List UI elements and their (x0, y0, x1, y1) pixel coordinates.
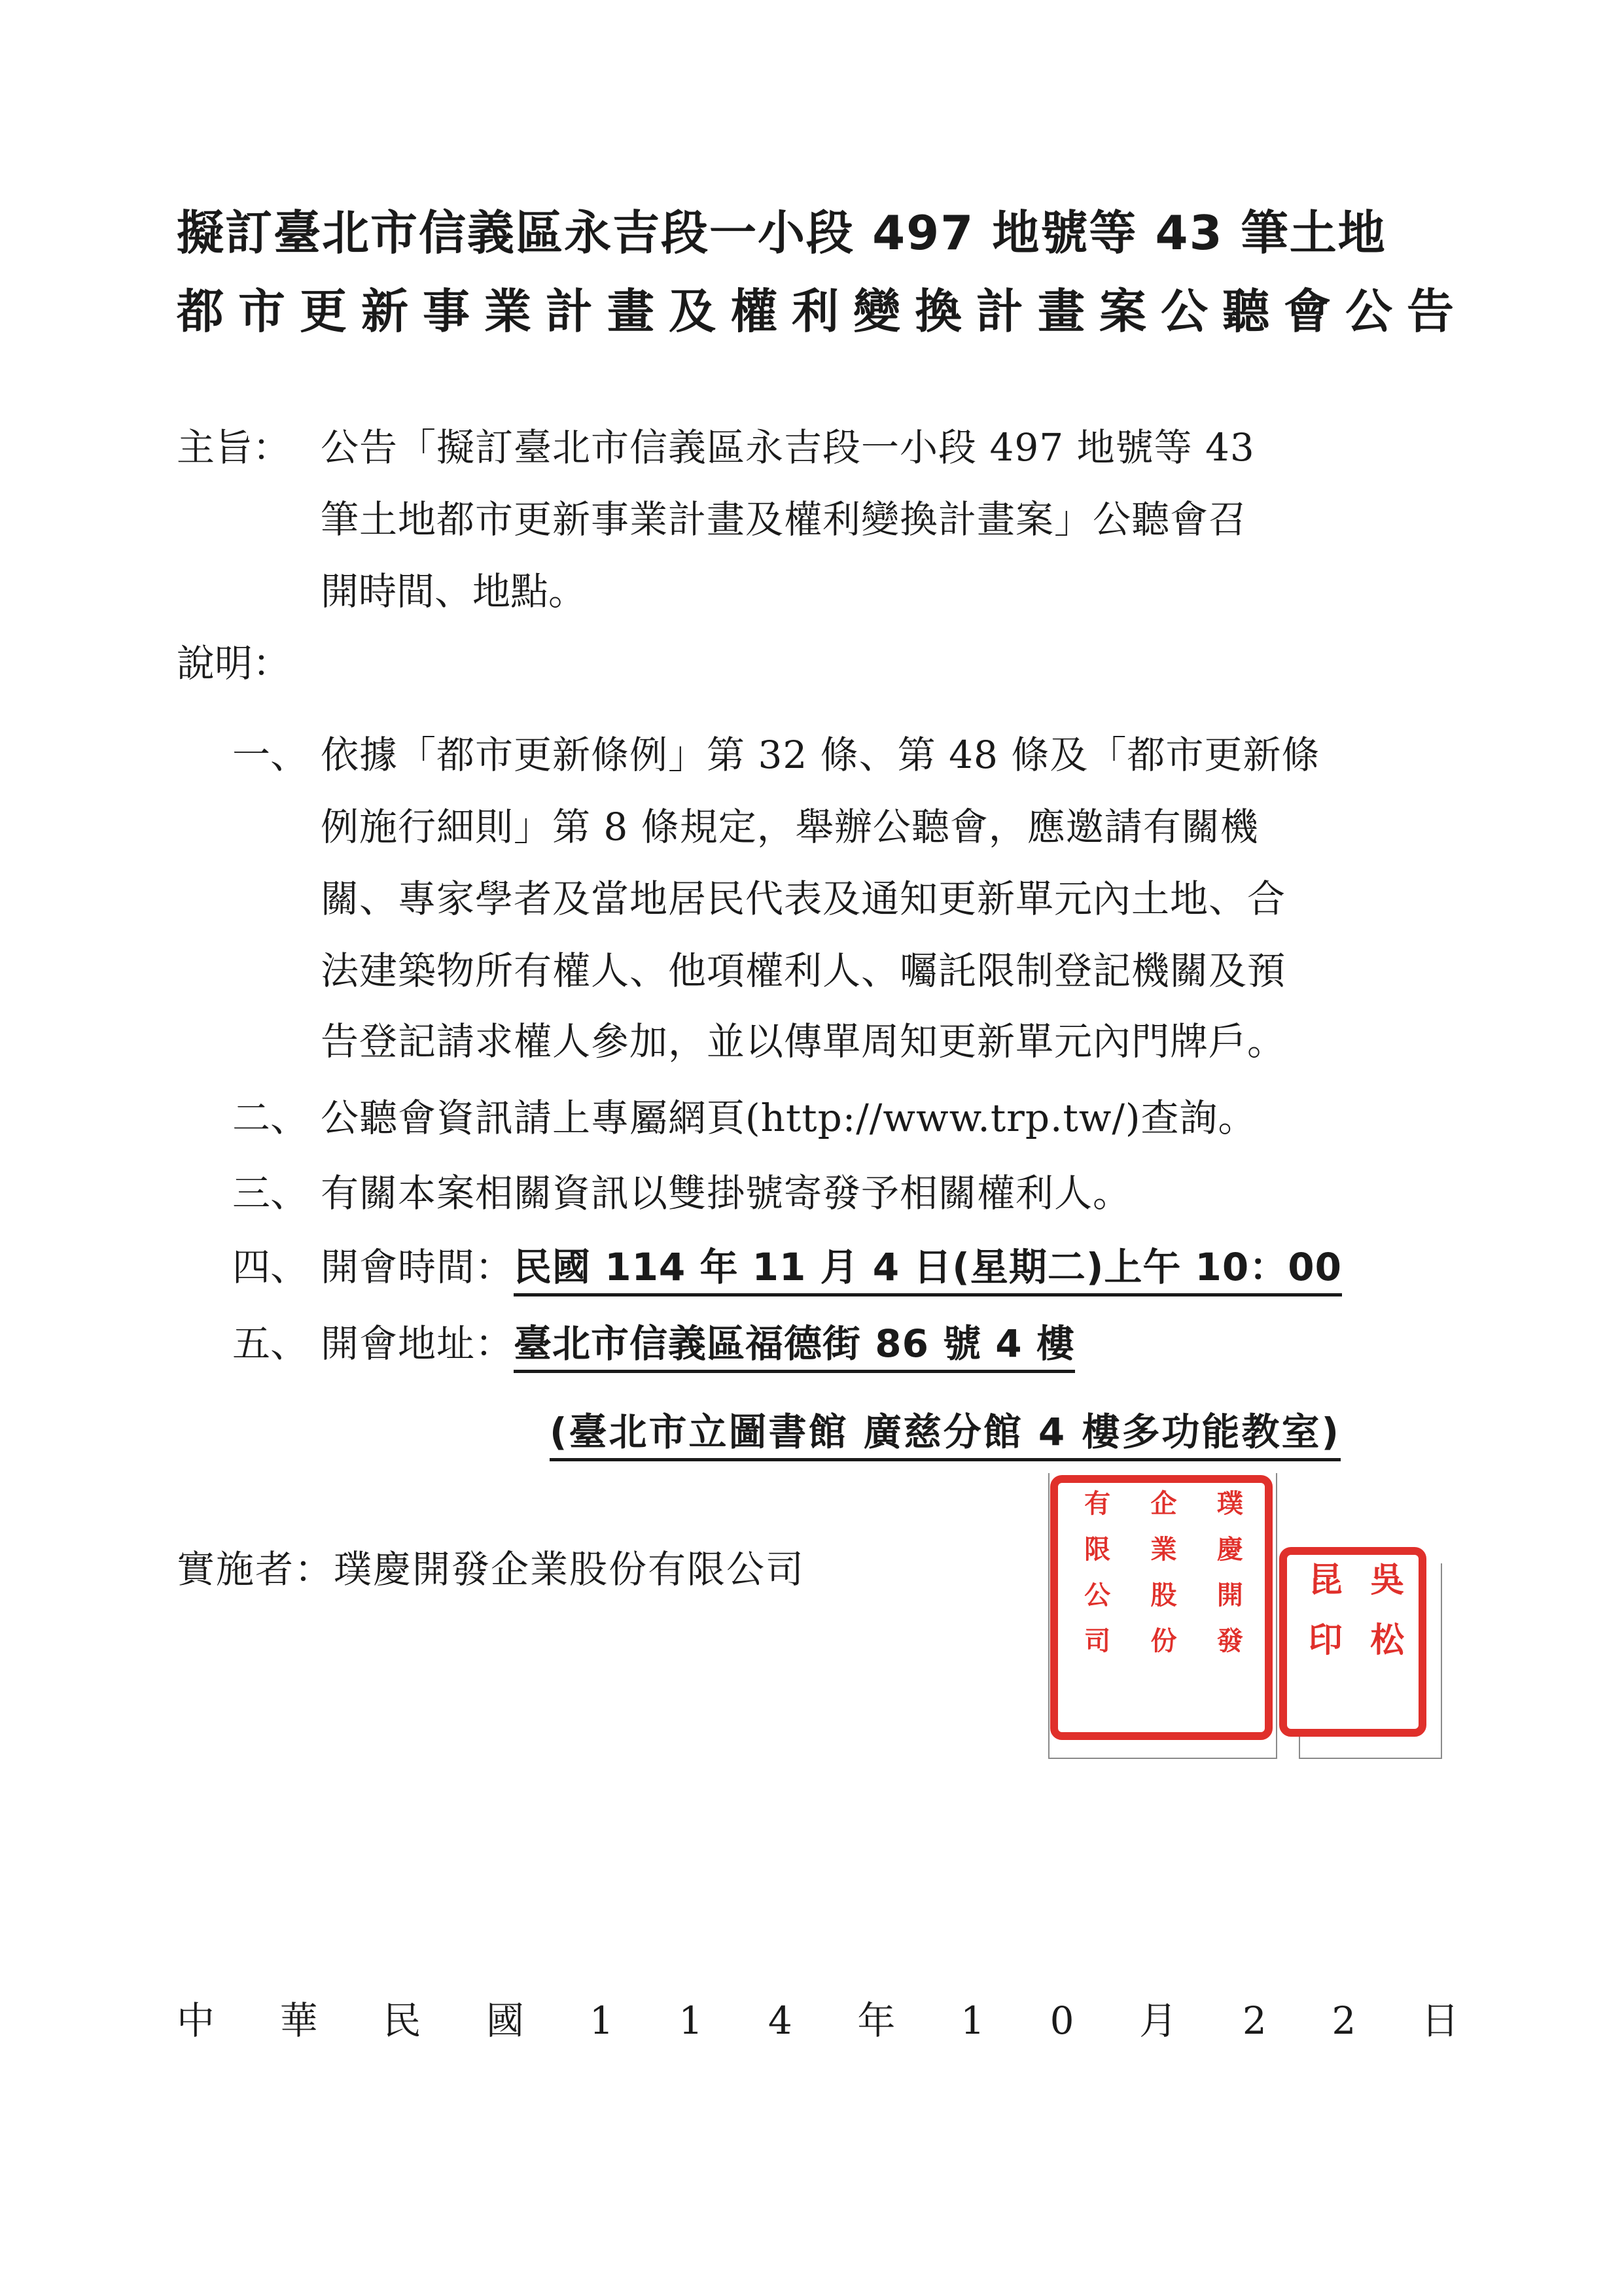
seal-column: 璞慶開發 (1214, 1489, 1241, 1726)
date-char: 年 (857, 2002, 895, 2040)
date-char: 1 (961, 2002, 985, 2040)
item-2-number: 二、 (232, 1099, 308, 1137)
date-char: 1 (679, 2002, 703, 2040)
date-char: 1 (590, 2002, 614, 2040)
item-1-line-5: 告登記請求權人參加，並以傳單周知更新單元內門牌戶。 (321, 1022, 1286, 1060)
meeting-address-label: 開會地址： (321, 1321, 514, 1366)
date-char: 中 (177, 2002, 215, 2040)
seal-text: 璞慶開發 (1214, 1489, 1241, 1673)
meeting-venue-value: (臺北市立圖書館 廣慈分館 4 樓多功能教室) (550, 1410, 1341, 1461)
date-char: 日 (1421, 2002, 1459, 2040)
representative-seal-stamp: 吳松 昆印 (1279, 1547, 1426, 1737)
meeting-address-row: 開會地址：臺北市信義區福德街 86 號 4 樓 (321, 1325, 1075, 1363)
date-char: 月 (1139, 2002, 1177, 2040)
seal-text: 昆印 (1305, 1561, 1339, 1682)
item-3-number: 三、 (232, 1174, 308, 1212)
subject-text-line-1: 公告「擬訂臺北市信義區永吉段一小段 497 地號等 43 (321, 428, 1255, 466)
item-4-number: 四、 (232, 1248, 308, 1286)
subject-label: 主旨： (177, 428, 291, 466)
item-1-line-3: 關、專家學者及當地居民代表及通知更新單元內土地、合 (321, 880, 1286, 918)
item-1-line-4: 法建築物所有權人、他項權利人、囑託限制登記機關及預 (321, 952, 1286, 990)
date-char: 民 (383, 2002, 421, 2040)
seal-column: 有限公司 (1082, 1489, 1108, 1726)
date-char: 2 (1332, 2002, 1356, 2040)
seal-text: 有限公司 (1082, 1489, 1108, 1673)
seal-column: 吳松 (1367, 1561, 1401, 1722)
seal-text: 企業股份 (1148, 1489, 1174, 1673)
date-char: 2 (1243, 2002, 1267, 2040)
document-title-line-1: 擬訂臺北市信義區永吉段一小段 497 地號等 43 筆土地 (177, 209, 1446, 256)
item-5-number: 五、 (232, 1325, 308, 1363)
item-1-number: 一、 (232, 736, 308, 774)
meeting-time-label: 開會時間： (321, 1245, 514, 1289)
subject-text-line-3: 開時間、地點。 (321, 572, 586, 610)
meeting-address-value: 臺北市信義區福德街 86 號 4 樓 (514, 1321, 1075, 1373)
date-char: 4 (768, 2002, 792, 2040)
company-seal-stamp: 璞慶開發 企業股份 有限公司 (1050, 1475, 1273, 1740)
meeting-time-row: 開會時間：民國 114 年 11 月 4 日(星期二)上午 10：00 (321, 1248, 1342, 1286)
meeting-time-value: 民國 114 年 11 月 4 日(星期二)上午 10：00 (514, 1245, 1342, 1296)
item-2-text: 公聽會資訊請上專屬網頁(http://www.trp.tw/)查詢。 (321, 1099, 1257, 1137)
subject-text-line-2: 筆土地都市更新事業計畫及權利變換計畫案」公聽會召 (321, 500, 1247, 538)
announcement-date: 中 華 民 國 1 1 4 年 1 0 月 2 2 日 (177, 2002, 1459, 2040)
date-char: 0 (1050, 2002, 1074, 2040)
explanation-label: 說明： (177, 644, 291, 682)
date-char: 華 (280, 2002, 318, 2040)
item-1-line-2: 例施行細則」第 8 條規定，舉辦公聽會，應邀請有關機 (321, 808, 1259, 846)
date-char: 國 (486, 2002, 524, 2040)
meeting-venue-row: (臺北市立圖書館 廣慈分館 4 樓多功能教室) (550, 1413, 1341, 1451)
implementer-text: 實施者：璞慶開發企業股份有限公司 (177, 1550, 805, 1588)
announcement-page: 擬訂臺北市信義區永吉段一小段 497 地號等 43 筆土地 都市更新事業計畫及權… (0, 0, 1624, 2296)
item-3-text: 有關本案相關資訊以雙掛號寄發予相關權利人。 (321, 1174, 1131, 1212)
item-1-line-1: 依據「都市更新條例」第 32 條、第 48 條及「都市更新條 (321, 736, 1320, 774)
seal-text: 吳松 (1367, 1561, 1401, 1682)
seal-column: 昆印 (1305, 1561, 1339, 1722)
seal-column: 企業股份 (1148, 1489, 1174, 1726)
document-title-line-2: 都市更新事業計畫及權利變換計畫案公聽會公告 (177, 288, 1446, 335)
